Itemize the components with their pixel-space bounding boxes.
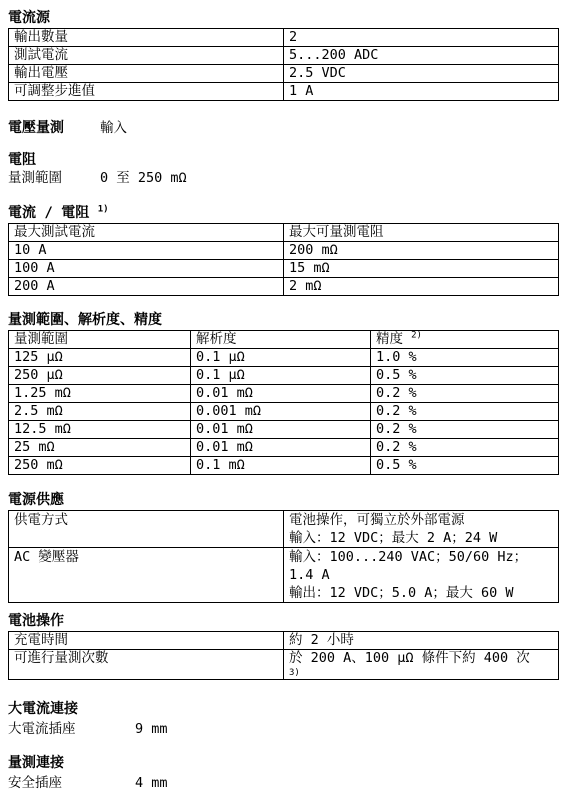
cell-label: 充電時間: [9, 632, 284, 650]
cell-value: 0.2 %: [371, 403, 559, 421]
cell-value: 250 μΩ: [9, 367, 191, 385]
section-title-voltage-measurement: 電壓量測: [8, 120, 100, 137]
section-title-measurement-connection: 量測連接: [8, 755, 559, 772]
table-row: AC 變壓器 輸入：100...240 VAC；50/60 Hz； 1.4 A …: [9, 548, 559, 603]
range-resolution-accuracy-table: 量測範圍 解析度 精度 2) 125 μΩ 0.1 μΩ 1.0 % 250 μ…: [8, 330, 559, 475]
table-row: 25 mΩ 0.01 mΩ 0.2 %: [9, 439, 559, 457]
value-line: 輸入：100...240 VAC；50/60 Hz；: [289, 548, 556, 566]
header-cell: 最大可量測電阻: [284, 224, 559, 242]
cell-label: 供電方式: [9, 511, 284, 548]
cell-value: 250 mΩ: [9, 457, 191, 475]
table-row: 輸出數量 2: [9, 29, 559, 47]
cell-label: 測試電流: [9, 47, 284, 65]
accuracy-header-text: 精度: [376, 331, 403, 347]
value-line: 於 200 A、100 μΩ 條件下約 400 次: [289, 650, 556, 667]
value-line: 電池操作，可獨立於外部電源: [289, 511, 556, 529]
value-line: 1.4 A: [289, 566, 556, 584]
table-row: 可調整步進值 1 A: [9, 83, 559, 101]
cell-value: 0.01 mΩ: [191, 385, 371, 403]
cell-value: 0.001 mΩ: [191, 403, 371, 421]
cell-label: 可進行量測次數: [9, 650, 284, 680]
cell-value: 0.1 μΩ: [191, 349, 371, 367]
power-mode-label: 供電方式: [14, 512, 68, 528]
table-row: 250 μΩ 0.1 μΩ 0.5 %: [9, 367, 559, 385]
table-row: 可進行量測次數 於 200 A、100 μΩ 條件下約 400 次 3): [9, 650, 559, 680]
resistance-range-line: 量測範圍0 至 250 mΩ: [8, 169, 559, 187]
safety-socket-value: 4 mm: [135, 775, 168, 791]
power-supply-table: 供電方式 電池操作，可獨立於外部電源 輸入：12 VDC；最大 2 A；24 W…: [8, 510, 559, 603]
table-row: 輸出電壓 2.5 VDC: [9, 65, 559, 83]
current-source-table: 輸出數量 2 測試電流 5...200 ADC 輸出電壓 2.5 VDC 可調整…: [8, 28, 559, 101]
current-resistance-table: 最大測試電流 最大可量測電阻 10 A 200 mΩ 100 A 15 mΩ 2…: [8, 223, 559, 296]
cell-value: 100 A: [9, 260, 284, 278]
high-current-socket-line: 大電流插座9 mm: [8, 720, 559, 738]
table-row: 充電時間 約 2 小時: [9, 632, 559, 650]
cell-value: 於 200 A、100 μΩ 條件下約 400 次 3): [284, 650, 559, 680]
cell-value: 200 A: [9, 278, 284, 296]
cell-value: 0.2 %: [371, 385, 559, 403]
cell-value: 0.2 %: [371, 421, 559, 439]
table-header-row: 量測範圍 解析度 精度 2): [9, 331, 559, 349]
cell-label: 可調整步進值: [9, 83, 284, 101]
cell-value: 2: [284, 29, 559, 47]
table-row: 200 A 2 mΩ: [9, 278, 559, 296]
cell-value: 0.1 mΩ: [191, 457, 371, 475]
table-row: 測試電流 5...200 ADC: [9, 47, 559, 65]
high-current-socket-label: 大電流插座: [8, 720, 135, 738]
table-row: 10 A 200 mΩ: [9, 242, 559, 260]
cell-value: 0.01 mΩ: [191, 421, 371, 439]
table-header-row: 最大測試電流 最大可量測電阻: [9, 224, 559, 242]
value-line: 輸出：12 VDC；5.0 A；最大 60 W: [289, 584, 556, 602]
cell-value: 2.5 VDC: [284, 65, 559, 83]
cell-value: 200 mΩ: [284, 242, 559, 260]
cell-value: 約 2 小時: [284, 632, 559, 650]
section-title-current-source: 電流源: [8, 10, 559, 27]
header-cell: 量測範圍: [9, 331, 191, 349]
safety-socket-line: 安全插座4 mm: [8, 774, 559, 792]
cell-value: 25 mΩ: [9, 439, 191, 457]
table-row: 100 A 15 mΩ: [9, 260, 559, 278]
footnote-marker-2: 2): [411, 331, 422, 341]
cell-label: AC 變壓器: [9, 548, 284, 603]
cell-value: 輸入：100...240 VAC；50/60 Hz； 1.4 A 輸出：12 V…: [284, 548, 559, 603]
header-cell: 最大測試電流: [9, 224, 284, 242]
cell-value: 1.0 %: [371, 349, 559, 367]
battery-operation-table: 充電時間 約 2 小時 可進行量測次數 於 200 A、100 μΩ 條件下約 …: [8, 631, 559, 680]
cell-value: 0.5 %: [371, 457, 559, 475]
value-line: 輸入：12 VDC；最大 2 A；24 W: [289, 529, 556, 547]
safety-socket-label: 安全插座: [8, 774, 135, 792]
voltage-measurement-value: 輸入: [100, 120, 127, 136]
section-title-current-resistance: 電流 / 電阻 1): [8, 205, 559, 222]
ac-adapter-label: AC 變壓器: [14, 549, 79, 565]
table-row: 250 mΩ 0.1 mΩ 0.5 %: [9, 457, 559, 475]
cell-label: 輸出數量: [9, 29, 284, 47]
cell-value: 15 mΩ: [284, 260, 559, 278]
footnote-marker-1: 1): [98, 204, 109, 214]
spec-sheet: 電流源 輸出數量 2 測試電流 5...200 ADC 輸出電壓 2.5 VDC…: [0, 0, 568, 792]
voltage-measurement-line: 電壓量測輸入: [8, 119, 559, 137]
cell-value: 0.5 %: [371, 367, 559, 385]
footnote-marker-3: 3): [289, 667, 556, 679]
section-title-battery-operation: 電池操作: [8, 613, 559, 630]
cell-value: 2 mΩ: [284, 278, 559, 296]
cell-value: 10 A: [9, 242, 284, 260]
cell-value: 12.5 mΩ: [9, 421, 191, 439]
cell-value: 1 A: [284, 83, 559, 101]
cell-label: 輸出電壓: [9, 65, 284, 83]
header-cell: 精度 2): [371, 331, 559, 349]
section-title-power-supply: 電源供應: [8, 492, 559, 509]
cell-value: 2.5 mΩ: [9, 403, 191, 421]
table-row: 12.5 mΩ 0.01 mΩ 0.2 %: [9, 421, 559, 439]
section-title-high-current-connection: 大電流連接: [8, 701, 559, 718]
cell-value: 0.01 mΩ: [191, 439, 371, 457]
current-resistance-title-text: 電流 / 電阻: [8, 205, 89, 221]
table-row: 供電方式 電池操作，可獨立於外部電源 輸入：12 VDC；最大 2 A；24 W: [9, 511, 559, 548]
high-current-socket-value: 9 mm: [135, 721, 168, 737]
section-title-range-resolution-accuracy: 量測範圍、解析度、精度: [8, 312, 559, 329]
cell-value: 0.2 %: [371, 439, 559, 457]
header-cell: 解析度: [191, 331, 371, 349]
resistance-range-value: 0 至 250 mΩ: [100, 170, 187, 186]
cell-value: 5...200 ADC: [284, 47, 559, 65]
cell-value: 125 μΩ: [9, 349, 191, 367]
cell-value: 0.1 μΩ: [191, 367, 371, 385]
cell-value: 電池操作，可獨立於外部電源 輸入：12 VDC；最大 2 A；24 W: [284, 511, 559, 548]
table-row: 1.25 mΩ 0.01 mΩ 0.2 %: [9, 385, 559, 403]
table-row: 125 μΩ 0.1 μΩ 1.0 %: [9, 349, 559, 367]
resistance-range-label: 量測範圍: [8, 169, 100, 187]
cell-value: 1.25 mΩ: [9, 385, 191, 403]
table-row: 2.5 mΩ 0.001 mΩ 0.2 %: [9, 403, 559, 421]
section-title-resistance: 電阻: [8, 152, 559, 169]
